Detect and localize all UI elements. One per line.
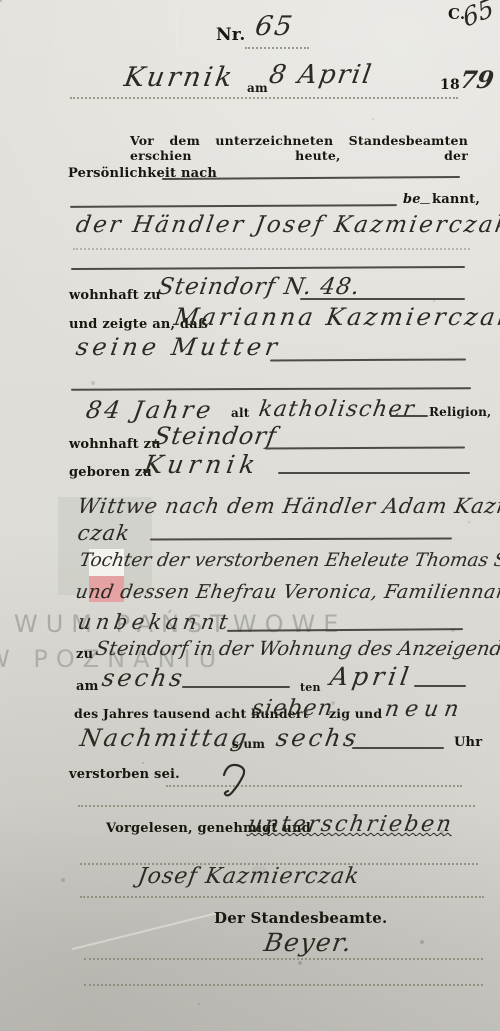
widow-line2: czak xyxy=(76,521,132,545)
declarant-underline xyxy=(73,246,470,250)
corner-reference-number: 65 xyxy=(460,0,497,33)
alt-label: alt xyxy=(231,406,249,420)
death-place: Steindorf in der Wohnung des Anzeigenden xyxy=(94,637,500,660)
deceased-residence-stroke xyxy=(265,446,465,449)
year-tens: sieben xyxy=(250,696,336,721)
religion-label: Religion, xyxy=(429,405,491,419)
registrar-signature: Beyer. xyxy=(262,928,355,957)
bottom-dotted-line xyxy=(84,982,483,986)
paper-crease-bottom xyxy=(72,912,218,950)
death-daytime: Nachmittag xyxy=(78,724,251,752)
dateline-year-printed: 18 xyxy=(440,77,460,93)
deceased-name: Marianna Kazmierczak xyxy=(172,303,500,331)
birthplace-stroke xyxy=(278,472,470,474)
parents-line1: Tochter der verstorbenen Eheleute Thomas… xyxy=(78,550,500,571)
declarant-name-line: der Händler Josef Kazmierczak xyxy=(74,212,500,238)
am-label-2: am xyxy=(76,679,99,694)
registrar-title: Der Standesbeamte. xyxy=(214,909,387,927)
bekannt-suffix: kannt, xyxy=(432,192,480,207)
blank-rule-1 xyxy=(71,266,465,270)
parents-line2: und dessen Ehefrau Veronica, Familiennam… xyxy=(74,581,500,603)
intro-line1: Vor dem unterzeichneten Standesbeamten e… xyxy=(130,133,468,163)
identity-fill-stroke-2 xyxy=(70,204,397,208)
religion-value: katholischer xyxy=(257,397,417,422)
dateline-year-handwritten: 79 xyxy=(458,65,496,94)
verstorben-dotted-line xyxy=(166,783,462,787)
deceased-age: 84 Jahre xyxy=(84,396,216,424)
scanned-death-record: WUM PAŃSTWOWE W POZNANIU Nr. 65 C. 65 Ku… xyxy=(0,0,500,1031)
signature-dotted-line-2 xyxy=(80,894,484,898)
hour-stroke xyxy=(352,747,444,749)
bekannt-prefix: be xyxy=(403,192,421,207)
record-number-value: 65 xyxy=(253,11,296,42)
residence-fill-stroke xyxy=(300,298,465,300)
closing-handwritten: unterschrieben xyxy=(246,812,455,837)
registrar-dotted-line xyxy=(84,956,483,960)
deceased-residence: Steindorf xyxy=(152,422,279,450)
relation-line: seine Mutter xyxy=(74,333,283,361)
month-stroke xyxy=(414,685,466,687)
dateline-date: 8 April xyxy=(267,60,375,90)
verstorben-label: verstorben sei. xyxy=(69,767,180,782)
geboren-label: geboren zu xyxy=(69,465,152,480)
wohnhaft-label-1: wohnhaft zu xyxy=(69,288,161,303)
relation-fill-stroke xyxy=(270,358,466,361)
widow-stroke xyxy=(150,537,452,540)
religion-fill-stroke xyxy=(390,415,428,417)
declarant-residence: Steindorf N. 48. xyxy=(156,274,362,300)
paper-crease-top xyxy=(177,12,178,50)
parents-line3: unbekannt xyxy=(76,610,234,634)
birthplace: Kurnik xyxy=(142,450,262,479)
zu-label: zu xyxy=(76,647,93,662)
blank-rule-2 xyxy=(71,387,471,390)
zig-und-label: zig und xyxy=(329,706,382,721)
widow-line1: Wittwe nach dem Händler Adam Kazmier- xyxy=(76,494,500,518)
death-hour: sechs xyxy=(274,724,361,752)
dateline-am-label: am xyxy=(247,81,268,95)
death-month: April xyxy=(328,662,415,691)
blank-dotted-line-1 xyxy=(78,803,475,807)
record-number-underline xyxy=(245,45,309,49)
paper-speckles xyxy=(0,0,2,2)
record-number-label: Nr. xyxy=(216,25,245,45)
dateline-underline xyxy=(70,95,458,99)
year-ones: neun xyxy=(383,697,466,722)
declarant-signature: Josef Kazmierczak xyxy=(136,864,361,889)
dateline-place: Kurnik xyxy=(122,62,237,93)
s-um-label: s um xyxy=(232,737,265,751)
bekannt-dash xyxy=(420,203,430,204)
day-stroke xyxy=(182,686,290,688)
flourish-mark xyxy=(220,763,254,807)
death-day: sechs xyxy=(100,664,187,692)
ten-label: ten xyxy=(300,681,321,694)
uhr-label: Uhr xyxy=(454,735,482,750)
